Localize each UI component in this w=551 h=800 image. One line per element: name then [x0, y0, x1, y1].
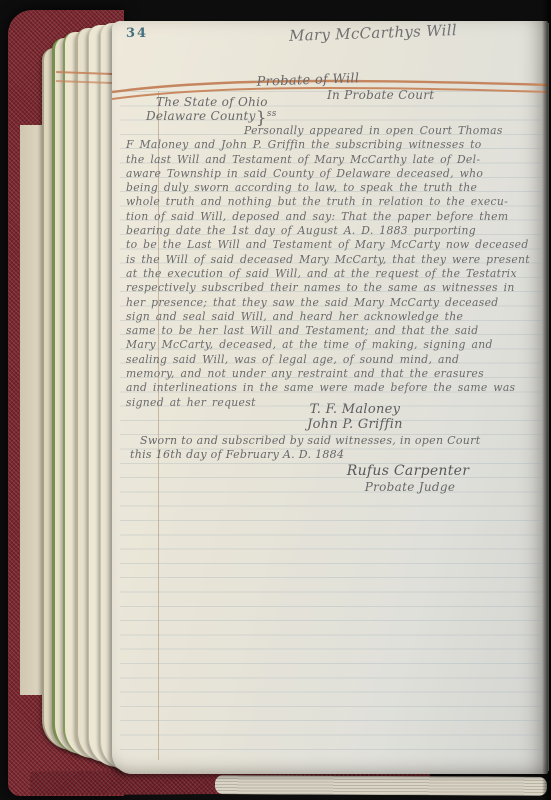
handwritten-line: F Maloney and John P. Griffin the subscr… [126, 138, 542, 152]
handwritten-line: tion of said Will, deposed and say: That… [126, 210, 542, 224]
handwritten-line: Mary McCarty, deceased, at the time of m… [126, 338, 542, 352]
photo-of-record-book: 34 Mary McCarthys Will Probate of Will I… [0, 0, 551, 800]
county-name: Delaware County [146, 109, 256, 123]
page-title: Mary McCarthys Will [240, 19, 506, 46]
state-caption: The State of Ohio [156, 95, 268, 109]
handwritten-line: sign and seal said Will, and heard her a… [126, 310, 542, 324]
attestation-line: Sworn to and subscribed by said witnesse… [140, 434, 480, 447]
page-number: 34 [126, 26, 148, 41]
handwritten-line: at the execution of said Will, and at th… [126, 267, 542, 281]
handwritten-line: is the Will of said deceased Mary McCart… [126, 253, 542, 267]
witness-signature: John P. Griffin [260, 417, 450, 432]
judge-signature: Rufus Carpenter [310, 463, 506, 479]
handwritten-line: memory, and not under any restraint and … [126, 367, 542, 381]
handwritten-line: the last Will and Testament of Mary McCa… [126, 153, 542, 167]
handwritten-line: same to be her last Will and Testament; … [126, 324, 542, 338]
handwritten-line: sealing said Will, was of legal age, of … [126, 353, 542, 367]
handwritten-line: bearing date the 1st day of August A. D.… [126, 224, 542, 238]
handwritten-line: Personally appeared in open Court Thomas [126, 124, 542, 138]
ss-abbreviation: ss [267, 109, 277, 119]
bottom-page-block-edge [215, 775, 547, 796]
attestation-line: this 16th day of February A. D. 1884 [130, 448, 344, 461]
handwritten-line: her presence; that they saw the said Mar… [126, 296, 542, 310]
handwritten-line: whole truth and nothing but the truth in… [126, 195, 542, 209]
deposition-body: Personally appeared in open Court Thomas… [126, 124, 542, 410]
handwritten-line: to be the Last Will and Testament of Mar… [126, 238, 542, 252]
header-rule-on-page-edges [56, 71, 112, 84]
handwritten-line: aware Township in said County of Delawar… [126, 167, 542, 181]
spine-gutter-shadow [542, 0, 551, 800]
handwritten-line: being duly sworn according to law, to sp… [126, 181, 542, 195]
ledger-page: 34 Mary McCarthys Will Probate of Will I… [112, 21, 548, 774]
handwritten-line: respectively subscribed their names to t… [126, 281, 542, 295]
court-heading: In Probate Court [327, 88, 434, 102]
handwritten-line: and interlineations in the same were mad… [126, 381, 542, 395]
witness-signature: T. F. Maloney [260, 402, 450, 417]
judge-title: Probate Judge [330, 480, 490, 494]
